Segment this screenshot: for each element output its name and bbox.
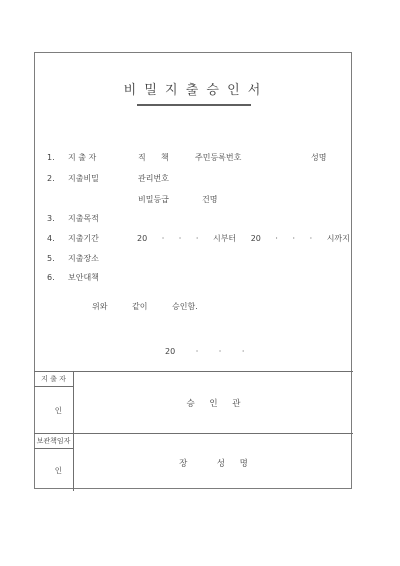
item2-field-management-number: 관리번호 (138, 174, 169, 183)
item1-number: 1. (47, 153, 55, 162)
item6-label: 보안대책 (68, 273, 99, 282)
item4-field-period: 20 · · · 시부터 20 · · · 시까지 (137, 234, 350, 243)
title-underline (137, 104, 251, 106)
item2-number: 2. (47, 174, 55, 183)
item1-field-resident-number: 주민등록번호 (195, 153, 241, 162)
date-line: 20 · · · (165, 347, 244, 356)
custodian-seal-cell: 인 (34, 449, 73, 491)
item1-label: 지 출 자 (68, 153, 96, 162)
item4-number: 4. (47, 234, 55, 243)
item1-field-position: 직 책 (138, 153, 169, 162)
form-title: 비 밀 지 출 승 인 서 (34, 79, 352, 98)
spender-left-column: 지 출 자 인 (34, 372, 74, 433)
signature-row-custodian: 보관책임자 인 장 성 명 (34, 433, 353, 491)
custodian-name-cell: 장 성 명 (74, 434, 353, 491)
signature-table: 지 출 자 인 승 인 관 보관책임자 인 장 성 명 (34, 371, 353, 490)
signature-row-spender: 지 출 자 인 승 인 관 (34, 372, 353, 433)
custodian-left-column: 보관책임자 인 (34, 434, 74, 491)
item3-number: 3. (47, 214, 55, 223)
item2-field-secret-grade: 비밀등급 (138, 195, 169, 204)
item5-number: 5. (47, 254, 55, 263)
item2-field-case-name: 건명 (202, 195, 217, 204)
item6-number: 6. (47, 273, 55, 282)
item2-label: 지출비밀 (68, 174, 99, 183)
spender-seal-cell: 인 (34, 387, 73, 433)
closing-statement: 위와 같이 승인함. (92, 302, 198, 311)
document-page: 비 밀 지 출 승 인 서 1. 지 출 자 직 책 주민등록번호 성명 2. … (0, 0, 400, 566)
item3-label: 지출목적 (68, 214, 99, 223)
item5-label: 지출장소 (68, 254, 99, 263)
item4-label: 지출기간 (68, 234, 99, 243)
spender-header-cell: 지 출 자 (34, 372, 73, 387)
custodian-header-cell: 보관책임자 (34, 434, 73, 449)
approver-cell: 승 인 관 (74, 372, 353, 433)
item1-field-name: 성명 (311, 153, 326, 162)
